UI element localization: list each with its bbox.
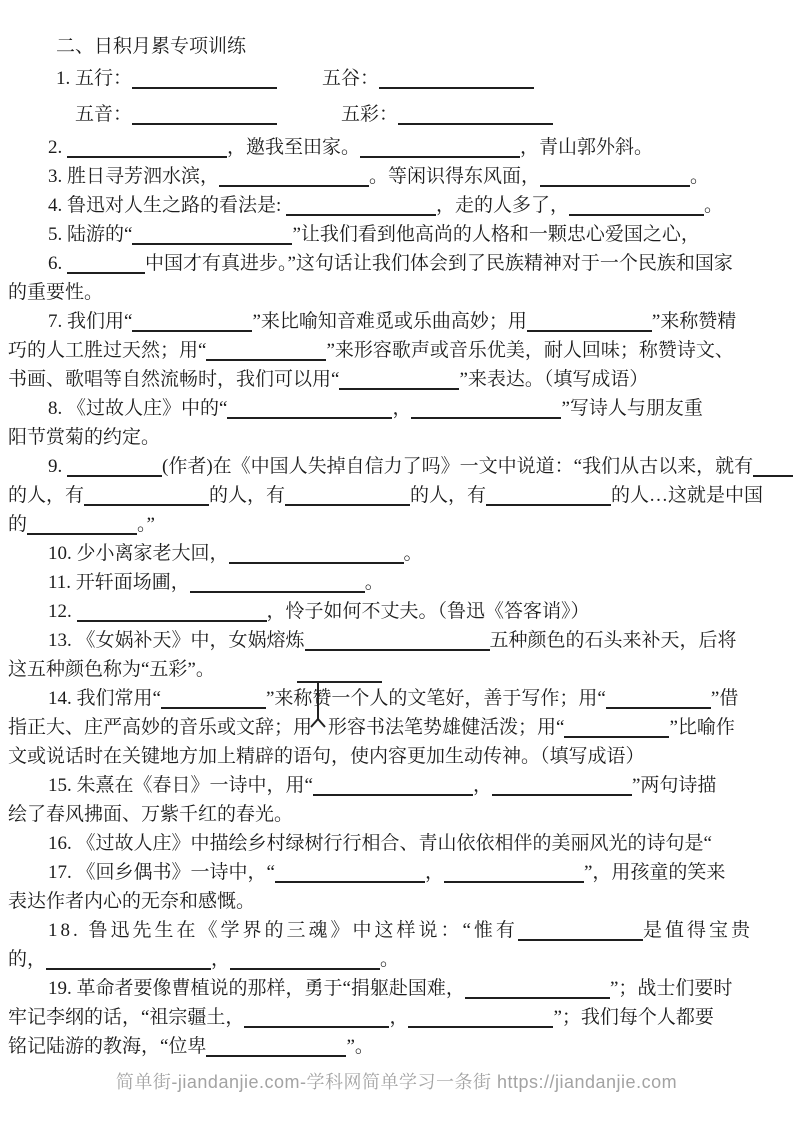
worksheet-line: 11. 开轩面场圃，。: [0, 568, 793, 597]
worksheet-line: 1. 五行：五谷：: [0, 61, 793, 97]
worksheet-page: 二、日积月累专项训练1. 五行：五谷：五音：五彩：2. ，邀我至田家。，青山郭外…: [0, 0, 793, 1122]
section-title: 二、日积月累专项训练: [0, 32, 793, 61]
line-text: 阳节赏菊的约定。: [8, 427, 160, 448]
line-text: 6.: [48, 253, 67, 274]
line-text: ，走的人多了，: [436, 195, 569, 216]
line-text: 书画、歌唱等自然流畅时，我们可以用“: [8, 369, 339, 390]
line-text: 五彩：: [341, 104, 398, 125]
worksheet-line: 文或说话时在关键地方加上精辟的语句，使内容更加生动传神。（填写成语）: [0, 742, 793, 771]
line-text: 的人，有: [209, 485, 285, 506]
worksheet-line: 17. 《回乡偶书》一诗中，“，”，用孩童的笑来: [0, 858, 793, 887]
line-text: 是值得宝贵: [643, 920, 753, 941]
line-text: 五谷：: [322, 68, 379, 89]
line-text: 2.: [48, 137, 67, 158]
line-text: 中国才有真进步。”这句话让我们体会到了民族精神对于一个民族和国家: [145, 253, 733, 274]
fill-in-blank: [46, 954, 211, 970]
worksheet-line: 表达作者内心的无奈和感慨。: [0, 887, 793, 916]
line-text: 14. 我们常用“: [48, 688, 161, 709]
worksheet-line: 绘了春风拂面、万紫千红的春光。: [0, 800, 793, 829]
fill-in-blank: [465, 983, 610, 999]
fill-in-blank: [411, 403, 561, 419]
fill-in-blank: [753, 461, 793, 477]
footer-watermark: 简单街-jiandanjie.com-学科网简单学习一条街 https://ji…: [0, 1068, 793, 1094]
fill-in-blank: [606, 693, 711, 709]
fill-in-blank: [219, 171, 369, 187]
line-text: ”借: [711, 688, 738, 709]
line-text: 的，: [8, 949, 46, 970]
line-text: 。: [690, 166, 709, 187]
fill-in-blank: [444, 867, 584, 883]
line-text: 五音：: [75, 104, 132, 125]
fill-in-blank: [84, 490, 209, 506]
line-text: 铭记陆游的教海，“位卑: [8, 1036, 206, 1057]
line-text: ”写诗人与朋友重: [561, 398, 702, 419]
line-text: 3. 胜日寻芳泗水滨，: [48, 166, 219, 187]
worksheet-line: 的。”: [0, 510, 793, 539]
line-text: 的人…这就是中国: [611, 485, 763, 506]
fill-in-blank: [132, 109, 277, 125]
fill-in-blank: [305, 635, 490, 651]
line-text: 13. 《女娲补天》中，女娲熔炼: [48, 630, 305, 651]
fill-in-blank: [275, 867, 425, 883]
worksheet-line: 3. 胜日寻芳泗水滨，。等闲识得东风面，。: [0, 162, 793, 191]
line-text: 牢记李纲的话，“祖宗疆土，: [8, 1007, 244, 1028]
worksheet-line: 五音：五彩：: [0, 97, 793, 133]
line-text: 12.: [48, 601, 77, 622]
fill-in-blank: [286, 200, 436, 216]
line-text: 。等闲识得东风面，: [369, 166, 540, 187]
worksheet-line: 9. (作者)在《中国人失掉自信力了吗》一文中说道：“我们从古以来，就有: [0, 452, 793, 481]
line-text: 18. 鲁迅先生在《学界的三魂》中这样说：“惟有: [48, 920, 518, 941]
worksheet-line: 的人，有的人，有的人，有的人…这就是中国: [0, 481, 793, 510]
line-text: 。”: [137, 514, 155, 535]
worksheet-line: 的，，。: [0, 945, 793, 974]
line-text: 9.: [48, 456, 67, 477]
fill-in-blank: [161, 693, 266, 709]
fill-in-blank: [227, 403, 392, 419]
fill-in-blank: [285, 490, 410, 506]
line-text: 的人，有: [8, 485, 84, 506]
fill-in-blank: [229, 548, 404, 564]
line-text: 表达作者内心的无奈和感慨。: [8, 891, 255, 912]
worksheet-line: 10. 少小离家老大回，。: [0, 539, 793, 568]
line-text: 文或说话时在关键地方加上精辟的语句，使内容更加生动传神。（填写成语）: [8, 746, 645, 767]
worksheet-line: 2. ，邀我至田家。，青山郭外斜。: [0, 133, 793, 162]
worksheet-line: 牢记李纲的话，“祖宗疆土，，”；我们每个人都要: [0, 1003, 793, 1032]
worksheet-line: 8. 《过故人庄》中的“，”写诗人与朋友重: [0, 394, 793, 423]
line-text: ”来比喻知音难觅或乐曲高妙；用: [252, 311, 526, 332]
line-text: ，: [425, 862, 444, 883]
worksheet-line: 铭记陆游的教海，“位卑”。: [0, 1032, 793, 1061]
fill-in-blank: [244, 1012, 389, 1028]
worksheet-body: 二、日积月累专项训练1. 五行：五谷：五音：五彩：2. ，邀我至田家。，青山郭外…: [0, 0, 793, 1061]
line-text: 二、日积月累专项训练: [56, 36, 246, 57]
fill-in-blank: [67, 258, 145, 274]
line-text: 1. 五行：: [56, 68, 132, 89]
line-text: 4. 鲁迅对人生之路的看法是:: [48, 195, 286, 216]
worksheet-line: 16. 《过故人庄》中描绘乡村绿树行行相合、青山依依相伴的美丽风光的诗句是“: [0, 829, 793, 858]
line-text: ”让我们看到他高尚的人格和一颗忠心爱国之心，: [292, 224, 699, 245]
worksheet-line: 4. 鲁迅对人生之路的看法是: ，走的人多了，。: [0, 191, 793, 220]
fill-in-blank: [492, 780, 632, 796]
fill-in-blank: [67, 461, 162, 477]
line-text: 。: [704, 195, 723, 216]
worksheet-line: 19. 革命者要像曹植说的那样，勇于“捐躯赴国难，”；战士们要时: [0, 974, 793, 1003]
line-text: ”来表达。（填写成语）: [459, 369, 648, 390]
fill-in-blank: [564, 722, 669, 738]
worksheet-line: 18. 鲁迅先生在《学界的三魂》中这样说：“惟有是值得宝贵: [0, 916, 793, 945]
caret-gap: [277, 83, 322, 84]
line-text: ”；战士们要时: [610, 978, 732, 999]
line-text: 绘了春风拂面、万紫千红的春光。: [8, 804, 293, 825]
line-text: ，青山郭外斜。: [520, 137, 653, 158]
fill-in-blank: [518, 925, 643, 941]
fill-in-blank: [408, 1012, 553, 1028]
line-text: 的重要性。: [8, 282, 103, 303]
fill-in-blank: [230, 954, 380, 970]
fill-in-blank: [206, 345, 326, 361]
fill-in-blank: [132, 229, 292, 245]
line-text: ”两句诗描: [632, 775, 716, 796]
worksheet-line: 的重要性。: [0, 278, 793, 307]
worksheet-line: 12. ，怜子如何不丈夫。（鲁迅《答客诮》）: [0, 597, 793, 626]
line-text: (作者)在《中国人失掉自信力了吗》一文中说道：“我们从古以来，就有: [162, 456, 753, 477]
line-text: 19. 革命者要像曹植说的那样，勇于“捐躯赴国难，: [48, 978, 465, 999]
line-text: 17. 《回乡偶书》一诗中，“: [48, 862, 275, 883]
line-text: 15. 朱熹在《春日》一诗中，用“: [48, 775, 313, 796]
line-text: ”来形容歌声或音乐优美，耐人回味；称赞诗文、: [326, 340, 733, 361]
fill-in-blank: [313, 780, 473, 796]
fill-in-blank: [527, 316, 652, 332]
line-text: ，: [211, 949, 230, 970]
fill-in-blank: [77, 606, 267, 622]
stray-insertion-mark: [294, 676, 406, 734]
fill-in-blank: [486, 490, 611, 506]
fill-in-blank: [569, 200, 704, 216]
line-text: ”来称赞精: [652, 311, 736, 332]
fill-in-blank: [132, 73, 277, 89]
line-text: 五种颜色的石头来补天，后将: [490, 630, 737, 651]
worksheet-line: 6. 中国才有真进步。”这句话让我们体会到了民族精神对于一个民族和国家: [0, 249, 793, 278]
fill-in-blank: [132, 316, 252, 332]
line-text: 。: [380, 949, 399, 970]
line-text: ”比喻作: [669, 717, 734, 738]
line-text: 16. 《过故人庄》中描绘乡村绿树行行相合、青山依依相伴的美丽风光的诗句是“: [48, 833, 712, 854]
worksheet-line: 书画、歌唱等自然流畅时，我们可以用“”来表达。（填写成语）: [0, 365, 793, 394]
line-text: 。: [365, 572, 384, 593]
fill-in-blank: [398, 109, 553, 125]
caret-gap: [277, 119, 341, 120]
fill-in-blank: [540, 171, 690, 187]
line-text: 巧的人工胜过天然；用“: [8, 340, 206, 361]
line-text: 的: [8, 514, 27, 535]
line-text: ，邀我至田家。: [227, 137, 360, 158]
fill-in-blank: [190, 577, 365, 593]
line-text: 这五种颜色称为“五彩”。: [8, 659, 215, 680]
fill-in-blank: [27, 519, 137, 535]
fill-in-blank: [360, 142, 520, 158]
fill-in-blank: [67, 142, 227, 158]
line-text: 指正大、庄严高妙的音乐或文辞；用: [8, 717, 312, 738]
fill-in-blank: [379, 73, 534, 89]
worksheet-line: 阳节赏菊的约定。: [0, 423, 793, 452]
line-text: 5. 陆游的“: [48, 224, 132, 245]
line-text: ”。: [346, 1036, 373, 1057]
line-text: 。: [404, 543, 423, 564]
worksheet-line: 13. 《女娲补天》中，女娲熔炼五种颜色的石头来补天，后将: [0, 626, 793, 655]
worksheet-line: 7. 我们用“”来比喻知音难觅或乐曲高妙；用”来称赞精: [0, 307, 793, 336]
line-text: ，: [473, 775, 492, 796]
line-text: 8. 《过故人庄》中的“: [48, 398, 227, 419]
line-text: 10. 少小离家老大回，: [48, 543, 229, 564]
line-text: ，: [392, 398, 411, 419]
line-text: 11. 开轩面场圃，: [48, 572, 190, 593]
line-text: 7. 我们用“: [48, 311, 132, 332]
fill-in-blank: [339, 374, 459, 390]
caret-icon: [311, 719, 325, 727]
line-text: ”；我们每个人都要: [553, 1007, 713, 1028]
worksheet-line: 5. 陆游的“”让我们看到他高尚的人格和一颗忠心爱国之心，: [0, 220, 793, 249]
worksheet-line: 15. 朱熹在《春日》一诗中，用“，”两句诗描: [0, 771, 793, 800]
worksheet-line: 巧的人工胜过天然；用“”来形容歌声或音乐优美，耐人回味；称赞诗文、: [0, 336, 793, 365]
line-text: 的人，有: [410, 485, 486, 506]
line-text: ”，用孩童的笑来: [584, 862, 725, 883]
line-text: ，: [389, 1007, 408, 1028]
line-text: ，怜子如何不丈夫。（鲁迅《答客诮》）: [267, 601, 590, 622]
fill-in-blank: [206, 1041, 346, 1057]
